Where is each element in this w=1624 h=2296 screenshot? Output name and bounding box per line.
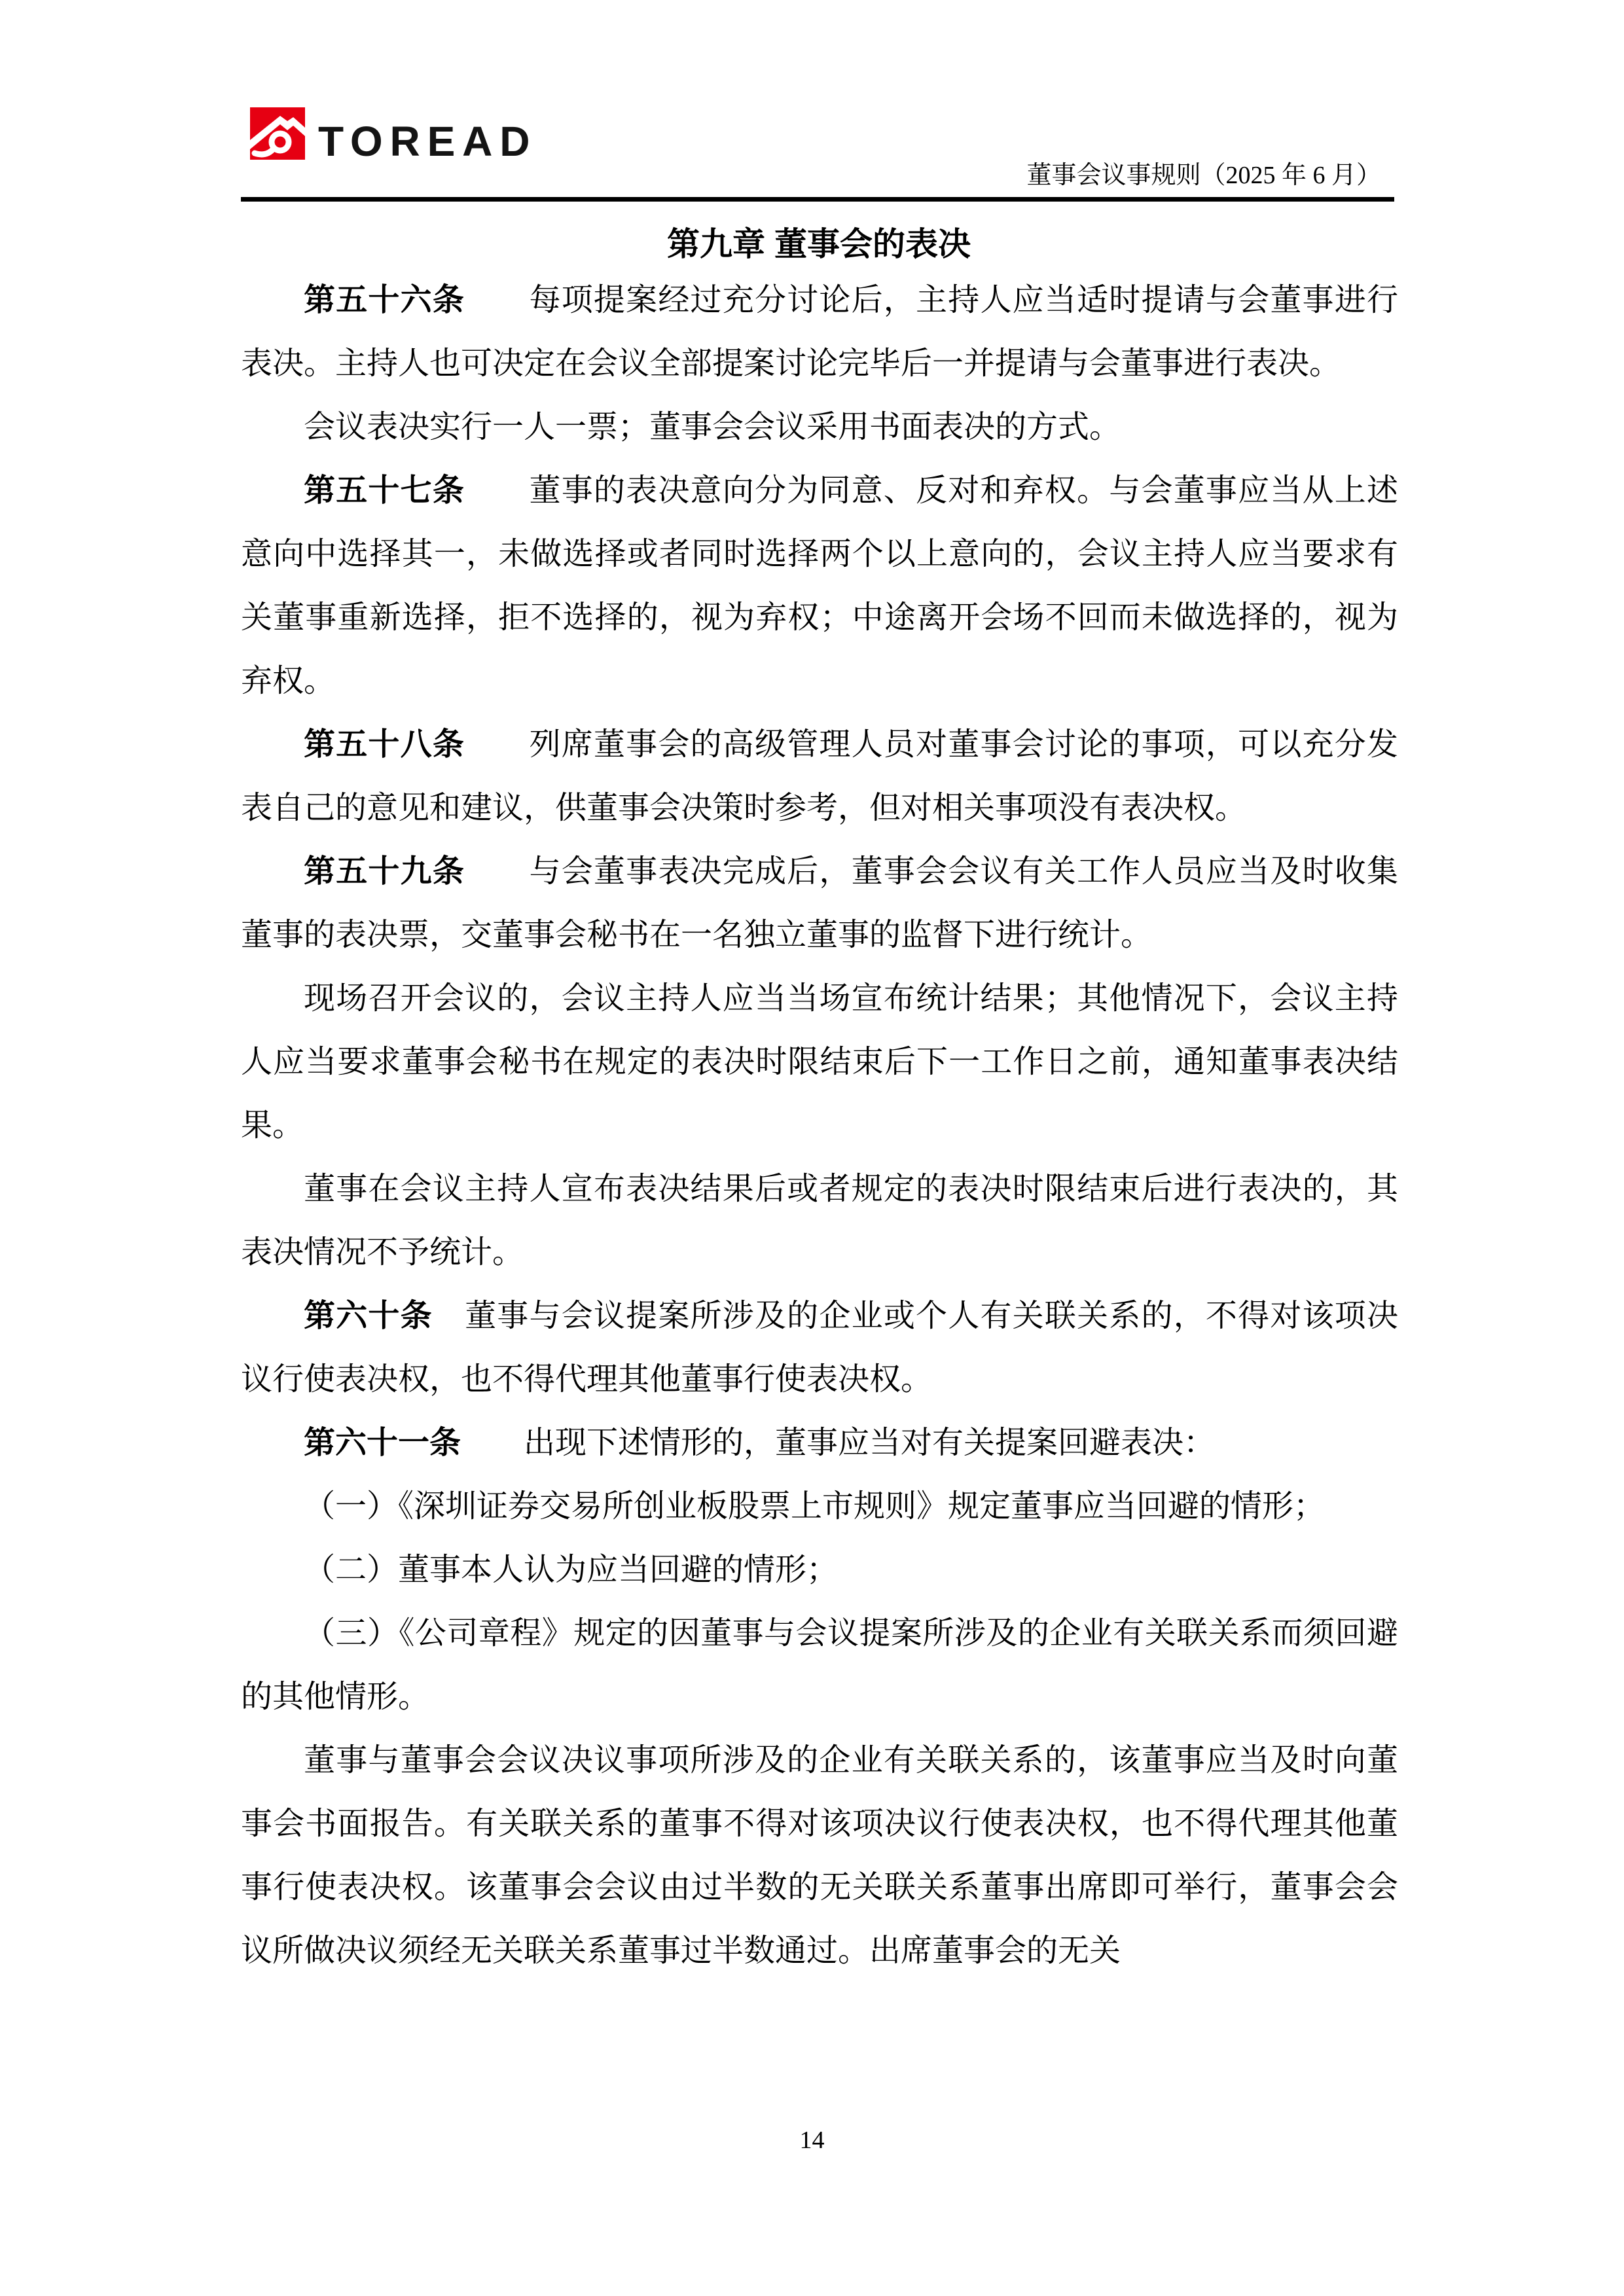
para-late-votes-not-counted: 董事在会议主持人宣布表决结果后或者规定的表决时限结束后进行表决的，其表决情况不予…: [241, 1157, 1398, 1284]
para-article-60: 第六十条 董事与会议提案所涉及的企业或个人有关联关系的，不得对该项决议行使表决权…: [241, 1284, 1398, 1411]
body-paragraph-text: 董事在会议主持人宣布表决结果后或者规定的表决时限结束后进行表决的，其表决情况不予…: [241, 1172, 1398, 1270]
article-57-label: 第五十七条: [304, 473, 465, 508]
article-61-text: 出现下述情形的，董事应当对有关提案回避表决：: [461, 1426, 1215, 1460]
para-article-59: 第五十九条 与会董事表决完成后，董事会会议有关工作人员应当及时收集董事的表决票，…: [241, 840, 1398, 967]
running-doc-title: 董事会议事规则（2025 年 6 月）: [1026, 161, 1381, 191]
para-item-2: （二）董事本人认为应当回避的情形；: [241, 1538, 1398, 1602]
para-article-56: 第五十六条 每项提案经过充分讨论后，主持人应当适时提请与会董事进行表决。主持人也…: [241, 268, 1398, 395]
chapter-title: 第九章 董事会的表决: [241, 221, 1397, 267]
article-60-label: 第六十条: [304, 1299, 433, 1333]
header-rule: [241, 197, 1394, 202]
article-body: 第五十六条 每项提案经过充分讨论后，主持人应当适时提请与会董事进行表决。主持人也…: [241, 268, 1398, 1982]
toread-mountain-swirl-icon: [250, 107, 305, 160]
toread-wordmark: TOREAD: [318, 120, 537, 162]
para-article-58: 第五十八条 列席董事会的高级管理人员对董事会讨论的事项，可以充分发表自己的意见和…: [241, 713, 1398, 840]
list-item-text: （二）董事本人认为应当回避的情形；: [304, 1552, 838, 1587]
toread-logo: [250, 107, 305, 160]
list-item-text: （三）《公司章程》规定的因董事与会议提案所涉及的企业有关联关系而须回避的其他情形…: [241, 1616, 1398, 1714]
page-number: 14: [0, 2126, 1624, 2155]
para-related-party-report: 董事与董事会会议决议事项所涉及的企业有关联关系的，该董事应当及时向董事会书面报告…: [241, 1729, 1398, 1982]
para-item-1: （一）《深圳证券交易所创业板股票上市规则》规定董事应当回避的情形；: [241, 1475, 1398, 1538]
body-paragraph-text: 董事与董事会会议决议事项所涉及的企业有关联关系的，该董事应当及时向董事会书面报告…: [241, 1743, 1398, 1968]
body-paragraph-text: 现场召开会议的，会议主持人应当当场宣布统计结果；其他情况下，会议主持人应当要求董…: [241, 981, 1398, 1143]
para-onsite-announcement: 现场召开会议的，会议主持人应当当场宣布统计结果；其他情况下，会议主持人应当要求董…: [241, 967, 1398, 1157]
para-item-3: （三）《公司章程》规定的因董事与会议提案所涉及的企业有关联关系而须回避的其他情形…: [241, 1602, 1398, 1729]
article-58-label: 第五十八条: [304, 727, 465, 762]
article-56-label: 第五十六条: [304, 283, 465, 317]
article-59-label: 第五十九条: [304, 854, 465, 889]
para-article-61: 第六十一条 出现下述情形的，董事应当对有关提案回避表决：: [241, 1411, 1398, 1475]
list-item-text: （一）《深圳证券交易所创业板股票上市规则》规定董事应当回避的情形；: [304, 1489, 1325, 1524]
para-article-57: 第五十七条 董事的表决意向分为同意、反对和弃权。与会董事应当从上述意向中选择其一…: [241, 459, 1398, 713]
body-paragraph-text: 会议表决实行一人一票；董事会会议采用书面表决的方式。: [304, 410, 1121, 444]
para-one-person-one-vote: 会议表决实行一人一票；董事会会议采用书面表决的方式。: [241, 395, 1398, 459]
article-61-label: 第六十一条: [304, 1426, 461, 1460]
document-page: TOREAD 董事会议事规则（2025 年 6 月） 第九章 董事会的表决 第五…: [0, 0, 1624, 2296]
